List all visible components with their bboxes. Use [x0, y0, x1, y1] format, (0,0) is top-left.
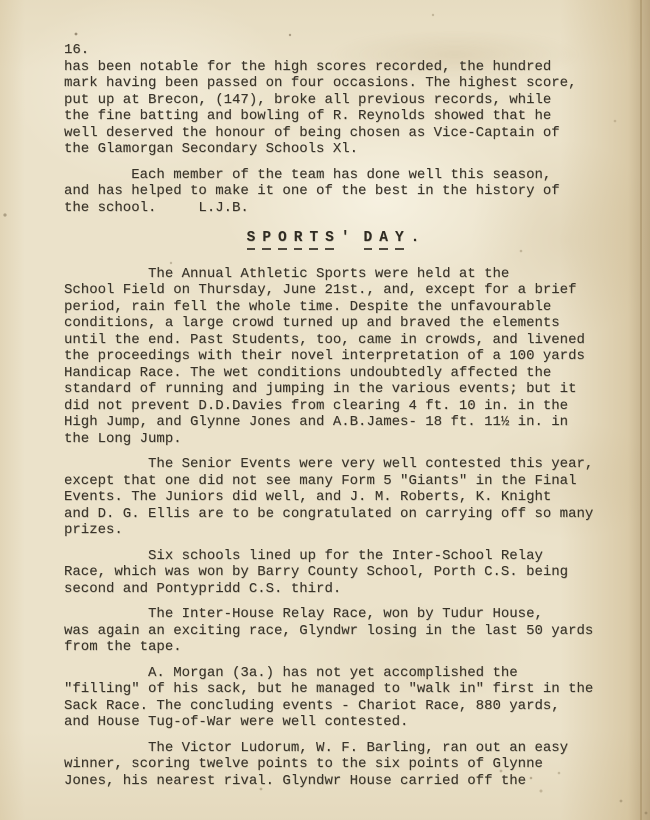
- page-edge: [640, 0, 642, 820]
- paragraph-inter-school-relay: Six schools lined up for the Inter-Schoo…: [64, 548, 602, 598]
- paragraph-cricket-conclusion: has been notable for the high scores rec…: [64, 59, 602, 158]
- paragraph-inter-house-relay: The Inter-House Relay Race, won by Tudur…: [64, 606, 602, 656]
- section-heading-sports-day: SPORTS' DAY.: [64, 230, 602, 250]
- paragraph-cricket-team-note: Each member of the team has done well th…: [64, 167, 602, 217]
- document-page: 16. has been notable for the high scores…: [64, 42, 602, 798]
- paragraph-senior-events: The Senior Events were very well contest…: [64, 456, 602, 539]
- scan-speckles: [0, 0, 2, 2]
- paragraph-sack-race: A. Morgan (3a.) has not yet accomplished…: [64, 665, 602, 731]
- paragraph-victor-ludorum: The Victor Ludorum, W. F. Barling, ran o…: [64, 740, 602, 790]
- paragraph-sports-day-intro: The Annual Athletic Sports were held at …: [64, 266, 602, 448]
- page-number: 16.: [64, 42, 602, 59]
